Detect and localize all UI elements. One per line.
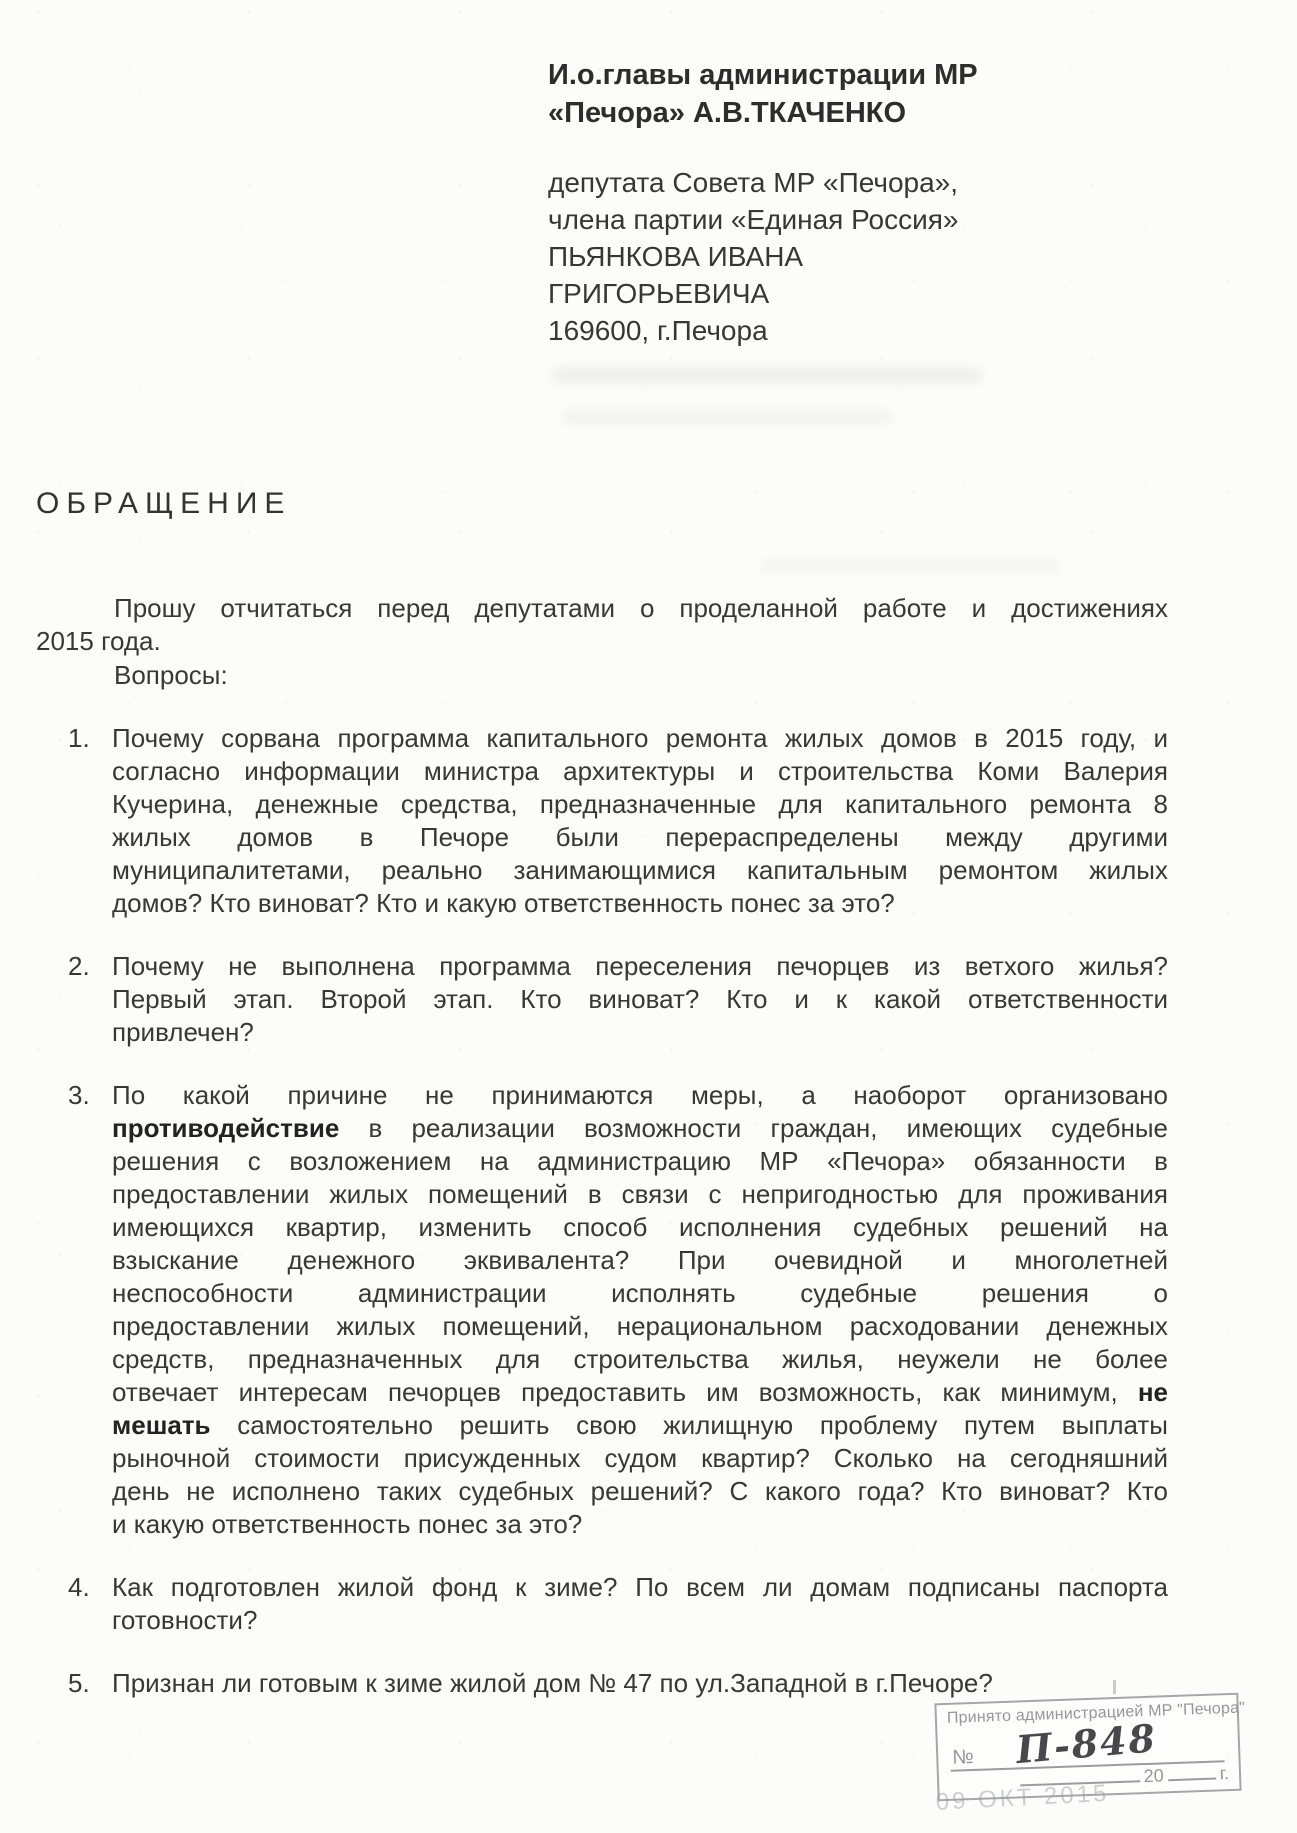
question-item: 2. Почему не выполнена программа пересел…: [68, 950, 1168, 1049]
text-line: противодействие в реализации возможности…: [112, 1112, 1168, 1145]
text-line: Кучерина, денежные средства, предназначе…: [112, 788, 1168, 821]
text-line: 2015 года.: [36, 625, 1168, 658]
text-segment: Прошу отчитаться перед депутатами о прод…: [114, 593, 1168, 623]
scan-artifact: [760, 560, 1060, 573]
text-line: рыночной стоимости присужденных судом кв…: [112, 1442, 1168, 1475]
text-segment: предоставлении жилых помещений, нерацион…: [112, 1311, 1168, 1341]
sender-line: члена партии «Единая Россия»: [548, 201, 958, 238]
question-number: 2.: [68, 950, 112, 1049]
stamp-number-label: №: [952, 1746, 974, 1770]
scan-artifact: [562, 410, 892, 424]
reception-stamp: Принято администрацией МР "Печора" № П-8…: [934, 1693, 1241, 1802]
text-segment: отвечает интересам печорцев предоставить…: [112, 1377, 1138, 1407]
text-line: предоставлении жилых помещений в связи с…: [112, 1178, 1168, 1211]
text-line: решения с возложением на администрацию М…: [112, 1145, 1168, 1178]
text-line: Как подготовлен жилой фонд к зиме? По вс…: [112, 1571, 1168, 1604]
text-line: согласно информации министра архитектуры…: [112, 755, 1168, 788]
questions-label: Вопросы:: [114, 659, 228, 692]
question-item: 1. Почему сорвана программа капитального…: [68, 722, 1168, 920]
sender-line: 169600, г.Печора: [548, 312, 958, 349]
text-line: жилых домов в Печоре были перераспределе…: [112, 821, 1168, 854]
text-line: По какой причине не принимаются меры, а …: [112, 1079, 1168, 1112]
text-segment: и какую ответственность понес за это?: [112, 1509, 582, 1539]
text-line: имеющихся квартир, изменить способ испол…: [112, 1211, 1168, 1244]
text-line: неспособности администрации исполнять су…: [112, 1277, 1168, 1310]
question-item: 4. Как подготовлен жилой фонд к зиме? По…: [68, 1571, 1168, 1637]
scan-artifact: [552, 368, 982, 383]
text-line: домов? Кто виноват? Кто и какую ответств…: [112, 887, 1168, 920]
text-line: муниципалитетами, реально занимающимися …: [112, 854, 1168, 887]
text-segment: имеющихся квартир, изменить способ испол…: [112, 1212, 1168, 1242]
text-line: средств, предназначенных для строительст…: [112, 1343, 1168, 1376]
sender-line: депутата Совета МР «Печора»,: [548, 164, 958, 201]
text-segment: 2015 года.: [36, 626, 161, 656]
text-segment: муниципалитетами, реально занимающимися …: [112, 855, 1168, 885]
text-segment: Признан ли готовым к зиме жилой дом № 47…: [112, 1668, 993, 1698]
text-line: взыскание денежного эквивалента? При оче…: [112, 1244, 1168, 1277]
text-segment: решения с возложением на администрацию М…: [112, 1146, 1168, 1176]
scan-artifact: [1113, 1680, 1116, 1694]
question-item: 3. По какой причине не принимаются меры,…: [68, 1079, 1168, 1541]
question-text: По какой причине не принимаются меры, а …: [112, 1079, 1168, 1541]
text-segment: По какой причине не принимаются меры, а …: [112, 1080, 1168, 1110]
intro-paragraph: Прошу отчитаться перед депутатами о прод…: [36, 592, 1168, 658]
text-line: Признан ли готовым к зиме жилой дом № 47…: [112, 1667, 1168, 1700]
question-number: 5.: [68, 1667, 112, 1700]
question-text: Почему сорвана программа капитального ре…: [112, 722, 1168, 920]
bold-text: противодействие: [112, 1113, 339, 1143]
text-line: готовности?: [112, 1604, 1168, 1637]
text-line: Первый этап. Второй этап. Кто виноват? К…: [112, 983, 1168, 1016]
text-segment: рыночной стоимости присужденных судом кв…: [112, 1443, 1168, 1473]
text-segment: день не исполнено таких судебных решений…: [112, 1476, 1168, 1506]
text-line: предоставлении жилых помещений, нерацион…: [112, 1310, 1168, 1343]
sender-line: ГРИГОРЬЕВИЧА: [548, 275, 958, 312]
text-line: мешать самостоятельно решить свою жилищн…: [112, 1409, 1168, 1442]
recipient-line: «Печора» А.В.ТКАЧЕНКО: [548, 94, 978, 132]
text-segment: жилых домов в Печоре были перераспределе…: [112, 822, 1168, 852]
text-line: Прошу отчитаться перед депутатами о прод…: [36, 592, 1168, 625]
document-page: И.о.главы администрации МР «Печора» А.В.…: [0, 0, 1297, 1833]
text-line: Почему не выполнена программа переселени…: [112, 950, 1168, 983]
text-segment: в реализации возможности граждан, имеющи…: [339, 1113, 1168, 1143]
text-segment: домов? Кто виноват? Кто и какую ответств…: [112, 888, 895, 918]
text-segment: согласно информации министра архитектуры…: [112, 756, 1168, 786]
text-segment: Почему сорвана программа капитального ре…: [112, 723, 1168, 753]
text-segment: Кучерина, денежные средства, предназначе…: [112, 789, 1168, 819]
text-segment: средств, предназначенных для строительст…: [112, 1344, 1168, 1374]
bold-text: не: [1138, 1377, 1168, 1407]
stamp-year-suffix: г.: [1219, 1763, 1229, 1784]
text-segment: Почему не выполнена программа переселени…: [112, 951, 1168, 981]
text-line: день не исполнено таких судебных решений…: [112, 1475, 1168, 1508]
recipient-block: И.о.главы администрации МР «Печора» А.В.…: [548, 56, 978, 132]
question-number: 4.: [68, 1571, 112, 1637]
text-segment: предоставлении жилых помещений в связи с…: [112, 1179, 1168, 1209]
question-list: 1. Почему сорвана программа капитального…: [68, 722, 1168, 1730]
question-text: Почему не выполнена программа переселени…: [112, 950, 1168, 1049]
question-item: 5. Признан ли готовым к зиме жилой дом №…: [68, 1667, 1168, 1700]
text-segment: неспособности администрации исполнять су…: [112, 1278, 1168, 1308]
stamp-date-faint: 09 ОКТ 2015: [935, 1780, 1110, 1817]
text-segment: Первый этап. Второй этап. Кто виноват? К…: [112, 984, 1168, 1014]
question-number: 1.: [68, 722, 112, 920]
text-line: Почему сорвана программа капитального ре…: [112, 722, 1168, 755]
stamp-blank-line: [1167, 1764, 1216, 1782]
text-line: привлечен?: [112, 1016, 1168, 1049]
recipient-line: И.о.главы администрации МР: [548, 56, 978, 94]
text-line: и какую ответственность понес за это?: [112, 1508, 1168, 1541]
sender-block: депутата Совета МР «Печора», члена парти…: [548, 164, 958, 349]
question-text: Как подготовлен жилой фонд к зиме? По вс…: [112, 1571, 1168, 1637]
bold-text: мешать: [112, 1410, 211, 1440]
stamp-year-prefix: 20: [1143, 1765, 1164, 1787]
question-number: 3.: [68, 1079, 112, 1541]
text-segment: Как подготовлен жилой фонд к зиме? По вс…: [112, 1572, 1168, 1602]
text-line: отвечает интересам печорцев предоставить…: [112, 1376, 1168, 1409]
text-segment: привлечен?: [112, 1017, 254, 1047]
question-text: Признан ли готовым к зиме жилой дом № 47…: [112, 1667, 1168, 1700]
text-segment: самостоятельно решить свою жилищную проб…: [211, 1410, 1168, 1440]
text-segment: готовности?: [112, 1605, 257, 1635]
text-segment: взыскание денежного эквивалента? При оче…: [112, 1245, 1168, 1275]
document-title: ОБРАЩЕНИЕ: [36, 487, 291, 521]
sender-line: ПЬЯНКОВА ИВАНА: [548, 238, 958, 275]
